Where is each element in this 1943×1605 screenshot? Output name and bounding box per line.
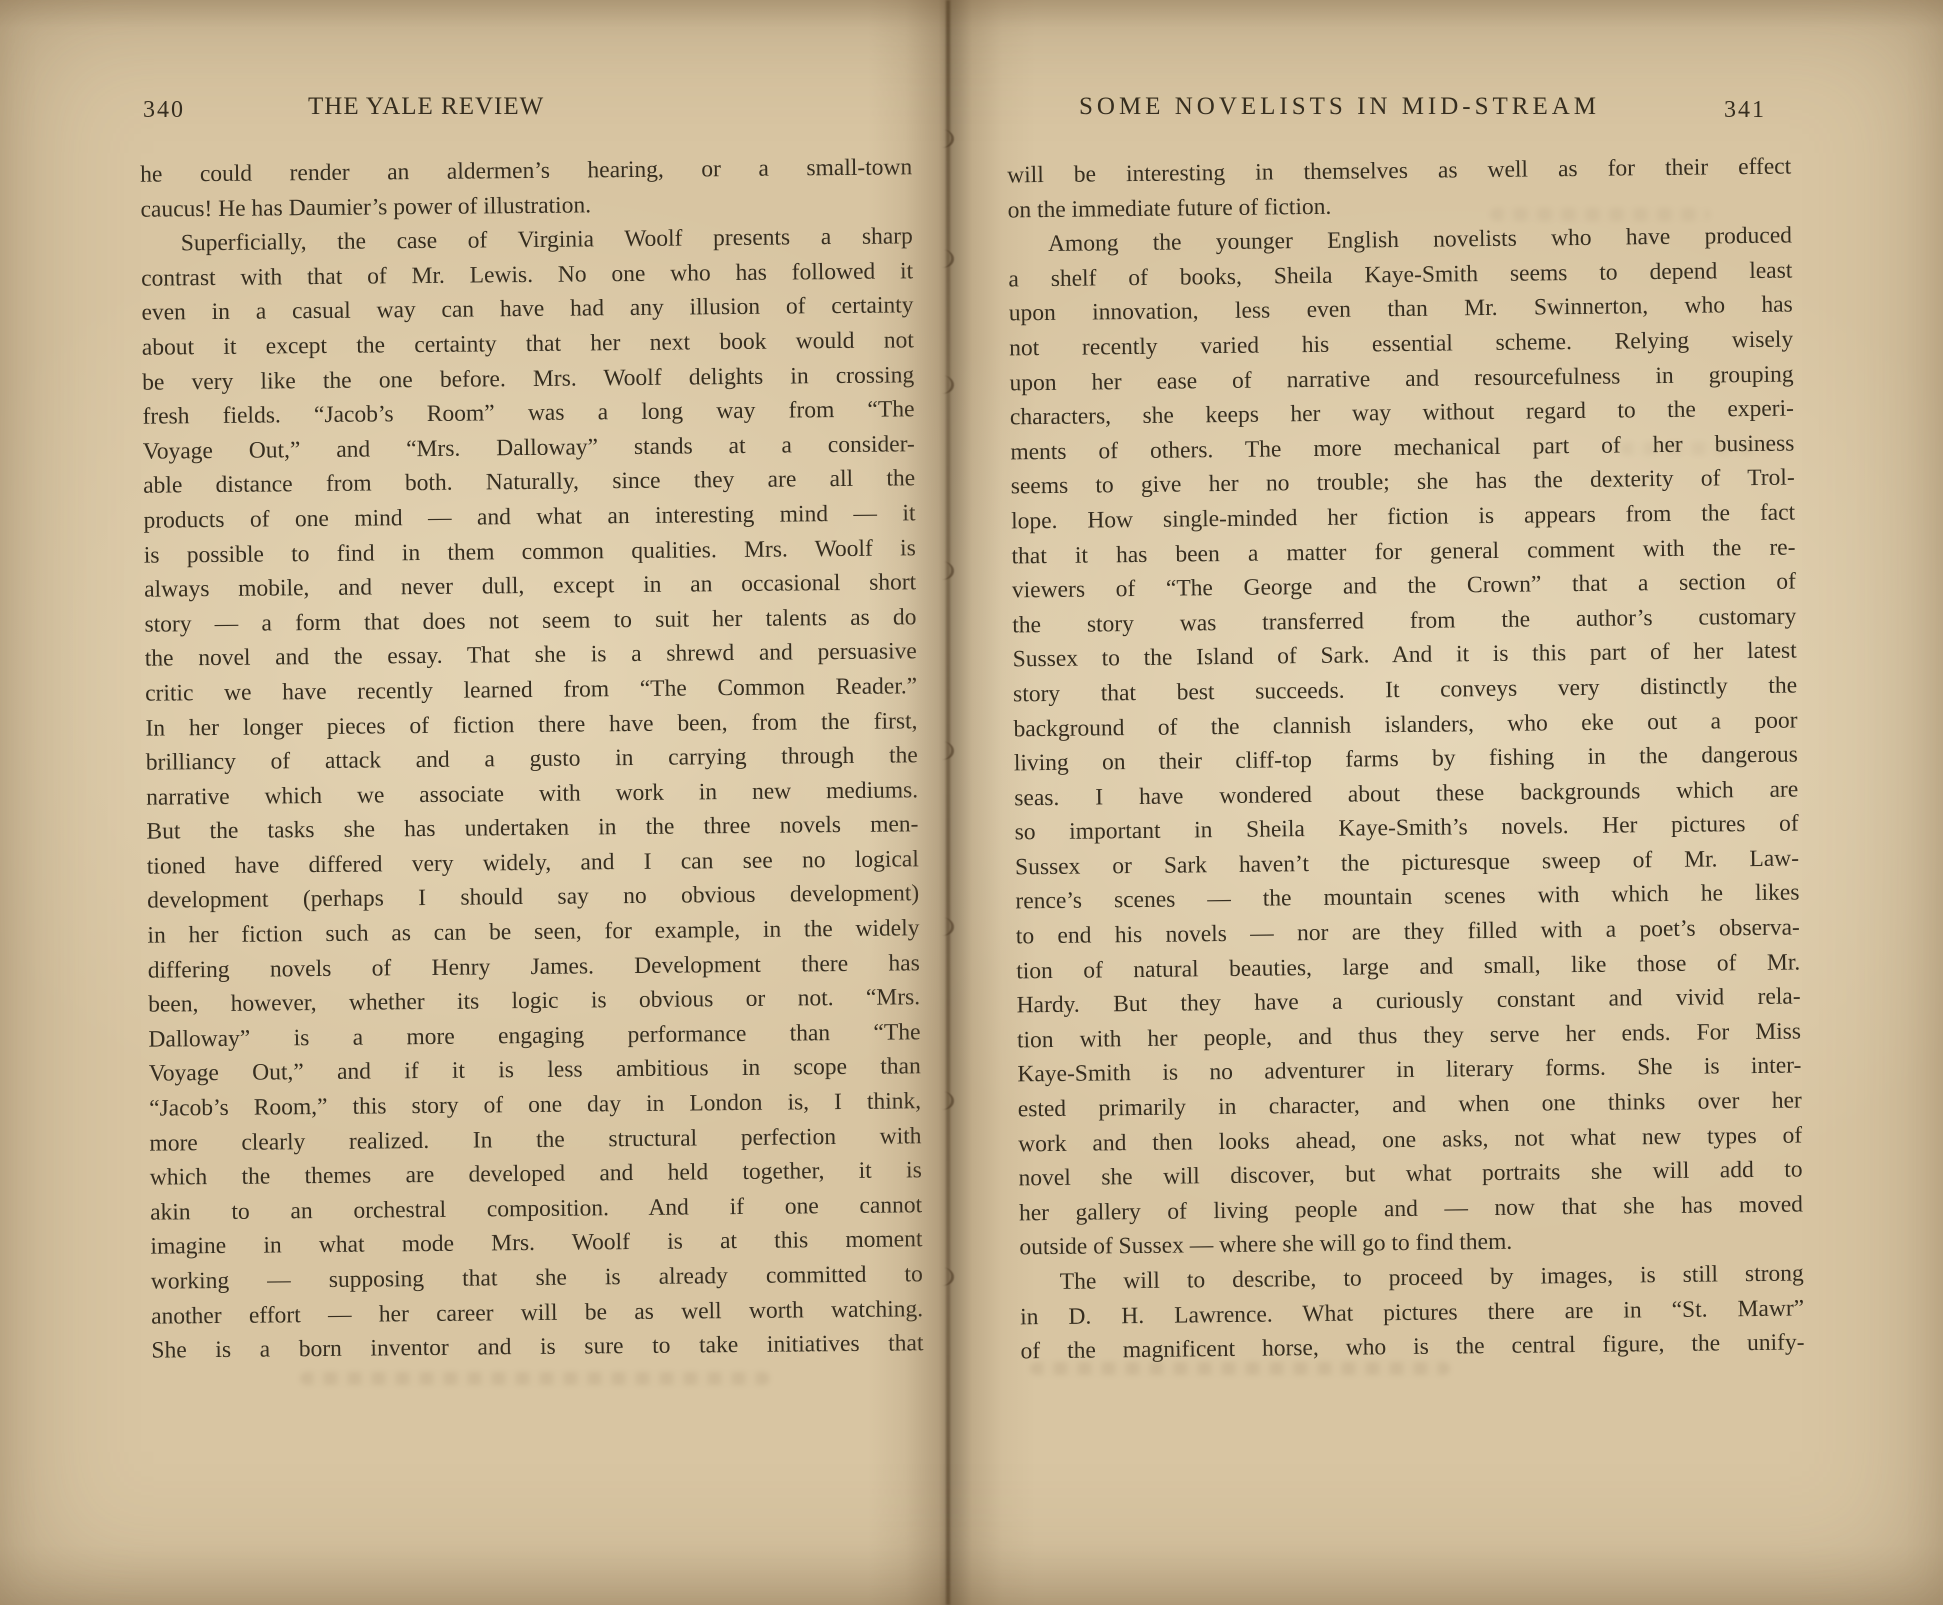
stitch-mark [939, 375, 955, 395]
bleedthrough-smudge [1030, 1362, 1450, 1375]
stitch-mark [939, 917, 955, 937]
text-line: he could render an aldermen’s hearing, o… [140, 150, 912, 192]
bleedthrough-smudge [300, 1372, 770, 1385]
right-text-block: will be interesting in themselves as wel… [1007, 150, 1805, 1370]
stitch-mark [939, 249, 955, 269]
bleedthrough-smudge [1620, 442, 1770, 455]
left-running-head: THE YALE REVIEW [308, 93, 544, 121]
gutter-crease [946, 0, 950, 1605]
stitch-mark [939, 561, 955, 581]
right-page-number: 341 [1724, 97, 1766, 124]
book-scan: 340 THE YALE REVIEW he could render an a… [0, 0, 1943, 1605]
stitch-mark [939, 1267, 955, 1287]
left-text-block: he could render an aldermen’s hearing, o… [140, 150, 924, 1368]
stitch-mark [939, 129, 955, 149]
text-line: She is a born inventor and is sure to ta… [151, 1326, 923, 1368]
bleedthrough-smudge [1490, 208, 1710, 221]
stitch-mark [939, 741, 955, 761]
stitch-mark [939, 1091, 955, 1111]
left-page-number: 340 [143, 97, 185, 124]
right-running-head: SOME NOVELISTS IN MID-STREAM [1079, 93, 1600, 121]
